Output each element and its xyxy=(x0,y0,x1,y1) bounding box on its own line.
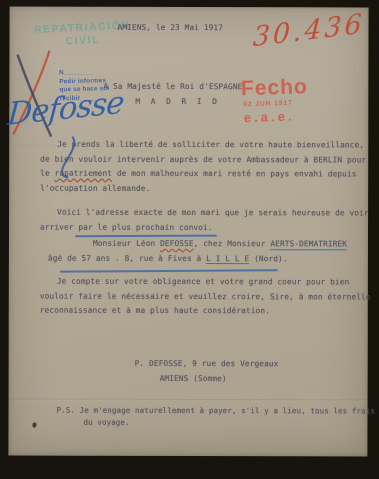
text-line: Monsieur Léon DEFOSSE, chez Monsieur AER… xyxy=(48,237,347,252)
letter-paper: REPATRIACIÓN CIVIL AMIENS, le 23 Mai 191… xyxy=(8,7,368,457)
signature-block: P. DEFOSSE, 9 rue des Vergeaux AMIENS (S… xyxy=(135,357,279,387)
paragraph-3: Je compte sur votre obligeance et votre … xyxy=(40,275,371,320)
text-line: de bien vouloir intervenir auprès de vot… xyxy=(40,152,366,167)
text-segment: (Nord). xyxy=(249,254,287,263)
registration-number: 30.436 xyxy=(252,8,365,53)
text-segment: de mon malheureux mari resté en pays env… xyxy=(112,169,357,179)
stamp-line: 02 JUN 1917 xyxy=(243,100,308,109)
text-line: Voici l'adresse exacte de mon mari que j… xyxy=(40,206,369,221)
paragraph-2: Voici l'adresse exacte de mon mari que j… xyxy=(40,206,369,236)
stamp-line: e.a.e. xyxy=(244,109,309,124)
text-line: arriver par le plus prochain convoi. xyxy=(40,220,369,235)
signature-line2: AMIENS (Somme) xyxy=(135,371,279,386)
text-line: Je compte sur votre obligeance et votre … xyxy=(40,275,371,290)
text-line: l'occupation allemande. xyxy=(40,181,366,196)
underlined-city-lille: L I L L E xyxy=(206,254,249,265)
text-line: Je prends la liberté de solliciter de vo… xyxy=(40,138,366,153)
underlined-host-name: AERTS-DEMATRIREK xyxy=(270,239,347,250)
text-line: âgé de 57 ans . 8, rue à Fives à L I L L… xyxy=(48,251,347,266)
fecho-stamp: Fecho 02 JUN 1917 e.a.e. xyxy=(241,76,309,124)
ink-speck xyxy=(32,423,36,428)
text-segment: âgé de 57 ans . 8, rue à Fives à xyxy=(48,253,206,262)
postscript: P.S. Je m'engage naturellement à payer, … xyxy=(56,405,375,430)
recipient-line2: M A D R I D xyxy=(135,95,220,110)
stamp-line: Fecho xyxy=(241,76,308,99)
text-segment: , chez Monsieur xyxy=(194,239,271,248)
postscript-line2: du voyage. xyxy=(56,417,374,430)
text-segment: le xyxy=(40,169,54,178)
blue-underline-address xyxy=(60,269,278,272)
underlined-name-defosse: DEFOSSE xyxy=(160,239,194,248)
paragraph-1: Je prends la liberté de solliciter de vo… xyxy=(40,138,366,197)
address-block: Monsieur Léon DEFOSSE, chez Monsieur AER… xyxy=(48,237,347,267)
date-line: AMIENS, le 23 Mai 1917 xyxy=(118,21,224,36)
text-line: vouloir faire le nécessaire et veuillez … xyxy=(40,289,371,304)
underlined-word-rapatriement: rapatriement xyxy=(55,169,113,178)
text-line: le rapatriement de mon malheureux mari r… xyxy=(40,167,366,182)
postscript-line1: P.S. Je m'engage naturellement à payer, … xyxy=(57,405,375,418)
signature-line1: P. DEFOSSE, 9 rue des Vergeaux xyxy=(135,357,279,372)
text-segment: Monsieur Léon xyxy=(93,239,160,248)
scanned-letter: REPATRIACIÓN CIVIL AMIENS, le 23 Mai 191… xyxy=(0,0,379,479)
fold-crease xyxy=(9,399,368,402)
text-line: reconnaissance et à ma plus haute consid… xyxy=(40,304,371,319)
